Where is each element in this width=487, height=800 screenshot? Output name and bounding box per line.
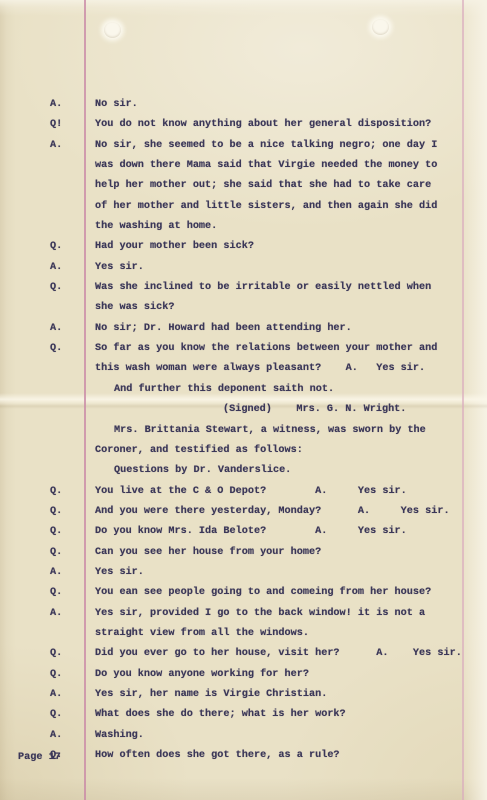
transcript-line: was down there Mama said that Virgie nee… — [0, 156, 487, 176]
speaker-label: Q. — [50, 665, 62, 685]
transcript-line: A. Washing. — [0, 726, 487, 746]
transcript-line: A. Yes sir. — [0, 563, 487, 583]
transcript-line: Q. You live at the C & O Depot? A. Yes s… — [0, 482, 487, 502]
speaker-label: Q. — [50, 278, 62, 298]
speaker-label: Q. — [50, 644, 62, 664]
transcript-line: Mrs. Brittania Stewart, a witness, was s… — [0, 421, 487, 441]
line-text: straight view from all the windows. — [95, 624, 487, 644]
line-text: Yes sir. — [95, 563, 487, 583]
line-text: You live at the C & O Depot? A. Yes sir. — [95, 482, 487, 502]
transcript-line: straight view from all the windows. — [0, 624, 487, 644]
transcript-line: of her mother and little sisters, and th… — [0, 197, 487, 217]
speaker-label: Q. — [50, 522, 62, 542]
transcript-line: Questions by Dr. Vanderslice. — [0, 461, 487, 481]
transcript-line: A. No sir; Dr. Howard had been attending… — [0, 319, 487, 339]
speaker-label: Q. — [50, 502, 62, 522]
transcript-line: (Signed) Mrs. G. N. Wright. — [0, 400, 487, 420]
line-text: Yes sir, provided I go to the back windo… — [95, 604, 487, 624]
line-text: the washing at home. — [95, 217, 487, 237]
line-text: What does she do there; what is her work… — [95, 705, 487, 725]
transcript-line: Coroner, and testified as follows: — [0, 441, 487, 461]
line-text: help her mother out; she said that she h… — [95, 176, 487, 196]
line-text: How often does she got there, as a rule? — [95, 746, 487, 766]
speaker-label: Q. — [50, 339, 62, 359]
line-text: Coroner, and testified as follows: — [95, 441, 487, 461]
line-text: Was she inclined to be irritable or easi… — [95, 278, 487, 298]
speaker-label: A. — [50, 685, 62, 705]
line-text: And further this deponent saith not. — [114, 380, 487, 400]
transcript-line: Q. Had your mother been sick? — [0, 237, 487, 257]
line-text: So far as you know the relations between… — [95, 339, 487, 359]
line-text: (Signed) Mrs. G. N. Wright. — [223, 400, 487, 420]
line-text: No sir, she seemed to be a nice talking … — [95, 136, 487, 156]
line-text: Do you know anyone working for her? — [95, 665, 487, 685]
speaker-label: A. — [50, 726, 62, 746]
speaker-label: Q. — [50, 482, 62, 502]
transcript-line: A. No sir, she seemed to be a nice talki… — [0, 136, 487, 156]
line-text: No sir. — [95, 95, 487, 115]
speaker-label: A. — [50, 258, 62, 278]
transcript-line: this wash woman were always pleasant? A.… — [0, 359, 487, 379]
line-text: was down there Mama said that Virgie nee… — [95, 156, 487, 176]
line-text: Yes sir. — [95, 258, 487, 278]
transcript-line: Q. Was she inclined to be irritable or e… — [0, 278, 487, 298]
line-text: You do not know anything about her gener… — [95, 115, 487, 135]
line-text: this wash woman were always pleasant? A.… — [95, 359, 487, 379]
line-text: Did you ever go to her house, visit her?… — [95, 644, 487, 664]
line-text: Questions by Dr. Vanderslice. — [114, 461, 487, 481]
transcript-line: A. Yes sir. — [0, 258, 487, 278]
speaker-label: A. — [50, 563, 62, 583]
speaker-label: Q! — [50, 115, 62, 135]
transcript-line: Q. You ean see people going to and comei… — [0, 583, 487, 603]
transcript-line: Q. Did you ever go to her house, visit h… — [0, 644, 487, 664]
transcript-line: Q. So far as you know the relations betw… — [0, 339, 487, 359]
line-text: of her mother and little sisters, and th… — [95, 197, 487, 217]
transcript: A. No sir. Q! You do not know anything a… — [0, 95, 487, 766]
punch-hole-right — [372, 19, 389, 35]
speaker-label: A. — [50, 319, 62, 339]
transcript-line: the washing at home. — [0, 217, 487, 237]
line-text: You ean see people going to and comeing … — [95, 583, 487, 603]
transcript-line: A. Yes sir, provided I go to the back wi… — [0, 604, 487, 624]
speaker-label: A. — [50, 604, 62, 624]
punch-hole-left — [104, 22, 121, 38]
transcript-line: Q. What does she do there; what is her w… — [0, 705, 487, 725]
transcript-line: And further this deponent saith not. — [0, 380, 487, 400]
transcript-line: she was sick? — [0, 298, 487, 318]
page-number: Page 17 — [18, 748, 61, 768]
transcript-line: Q. How often does she got there, as a ru… — [0, 746, 487, 766]
line-text: Yes sir, her name is Virgie Christian. — [95, 685, 487, 705]
transcript-line: A. Yes sir, her name is Virgie Christian… — [0, 685, 487, 705]
transcript-line: A. No sir. — [0, 95, 487, 115]
transcript-line: Q. Do you know Mrs. Ida Belote? A. Yes s… — [0, 522, 487, 542]
line-text: Mrs. Brittania Stewart, a witness, was s… — [114, 421, 487, 441]
line-text: No sir; Dr. Howard had been attending he… — [95, 319, 487, 339]
line-text: Can you see her house from your home? — [95, 543, 487, 563]
speaker-label: Q. — [50, 583, 62, 603]
line-text: And you were there yesterday, Monday? A.… — [95, 502, 487, 522]
speaker-label: A. — [50, 95, 62, 115]
transcript-line: Q. Can you see her house from your home? — [0, 543, 487, 563]
transcript-line: help her mother out; she said that she h… — [0, 176, 487, 196]
line-text: Do you know Mrs. Ida Belote? A. Yes sir. — [95, 522, 487, 542]
document-page: A. No sir. Q! You do not know anything a… — [0, 0, 487, 800]
speaker-label: Q. — [50, 237, 62, 257]
line-text: she was sick? — [95, 298, 487, 318]
line-text: Had your mother been sick? — [95, 237, 487, 257]
transcript-line: Q. And you were there yesterday, Monday?… — [0, 502, 487, 522]
speaker-label: Q. — [50, 543, 62, 563]
speaker-label: A. — [50, 136, 62, 156]
transcript-line: Q! You do not know anything about her ge… — [0, 115, 487, 135]
transcript-line: Q. Do you know anyone working for her? — [0, 665, 487, 685]
speaker-label: Q. — [50, 705, 62, 725]
line-text: Washing. — [95, 726, 487, 746]
